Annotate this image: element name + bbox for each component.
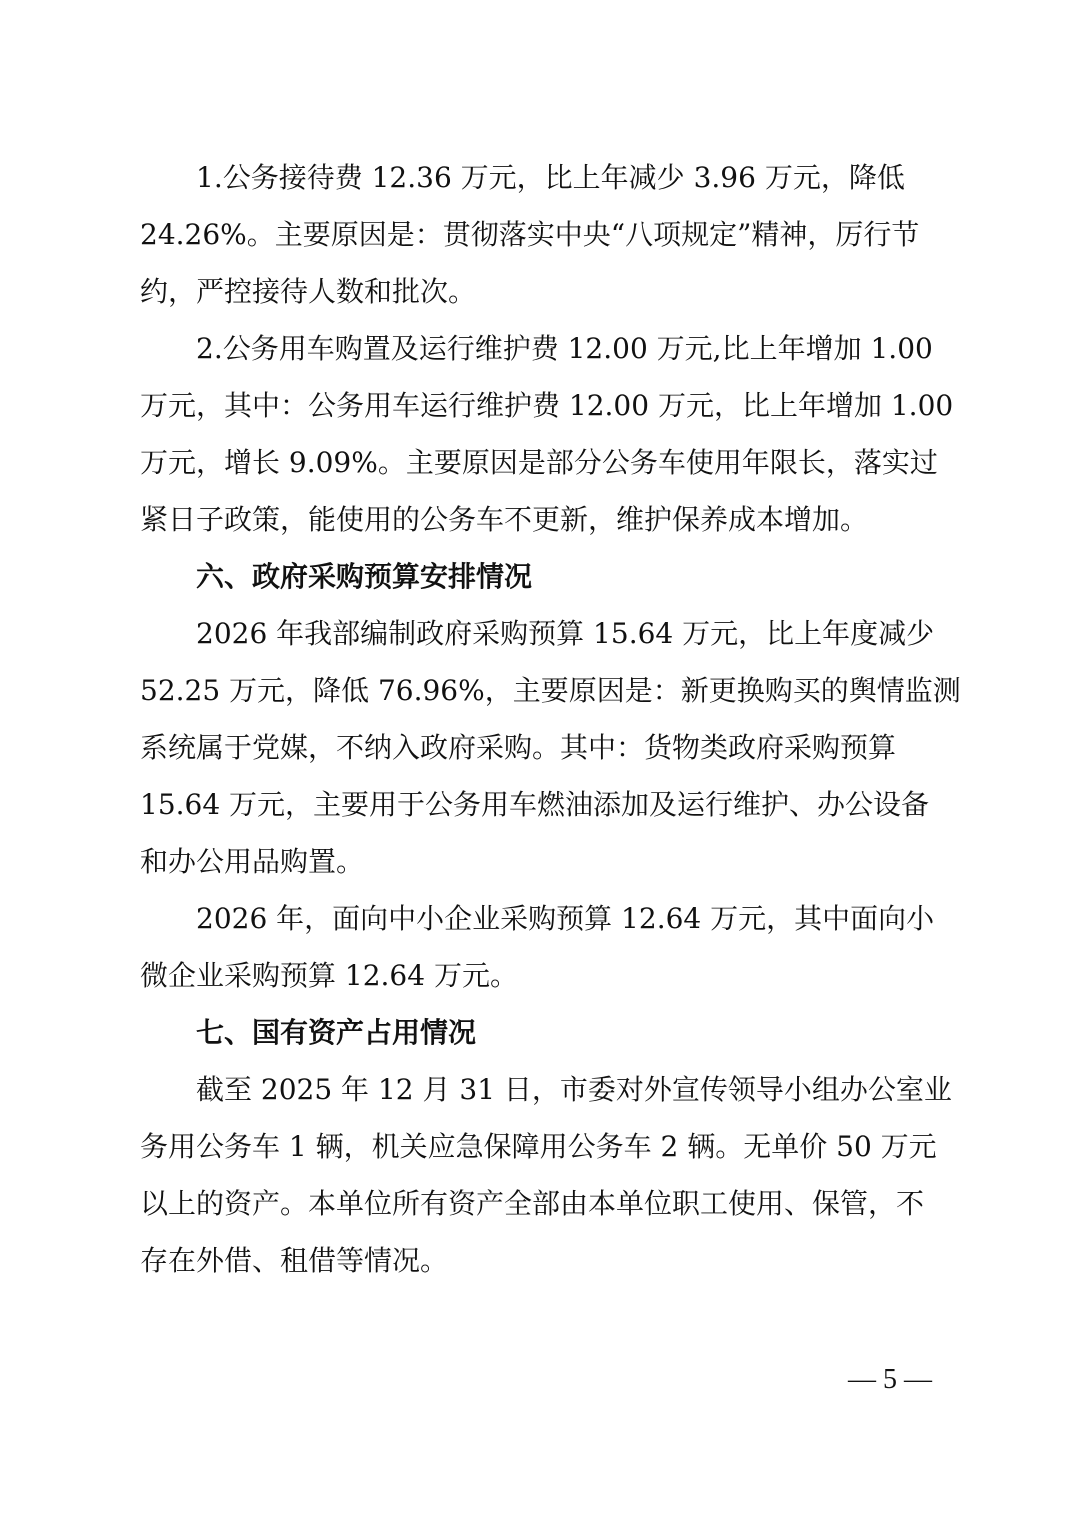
text-line: 系统属于党媒，不纳入政府采购。其中：货物类政府采购预算 <box>140 728 896 768</box>
text-line: 截至 2025 年 12 月 31 日，市委对外宣传领导小组办公室业 <box>196 1070 952 1110</box>
text-line: 紧日子政策，能使用的公务车不更新，维护保养成本增加。 <box>140 500 868 540</box>
text-line: 万元，其中：公务用车运行维护费 12.00 万元，比上年增加 1.00 <box>140 386 953 426</box>
text-line: 以上的资产。本单位所有资产全部由本单位职工使用、保管，不 <box>140 1184 924 1224</box>
text-line: 24.26%。主要原因是：贯彻落实中央“八项规定”精神，厉行节 <box>140 215 919 255</box>
text-line: 和办公用品购置。 <box>140 842 364 882</box>
section-heading-procurement: 六、政府采购预算安排情况 <box>196 557 532 597</box>
text-line: 微企业采购预算 12.64 万元。 <box>140 956 518 996</box>
text-line: 52.25 万元，降低 76.96%，主要原因是：新更换购买的舆情监测 <box>140 671 961 711</box>
page-number: — 5 — <box>848 1362 932 1398</box>
text-line: 万元，增长 9.09%。主要原因是部分公务车使用年限长，落实过 <box>140 443 938 483</box>
text-line: 2026 年我部编制政府采购预算 15.64 万元，比上年度减少 <box>196 614 934 654</box>
text-line: 2.公务用车购置及运行维护费 12.00 万元,比上年增加 1.00 <box>196 329 933 369</box>
text-line: 1.公务接待费 12.36 万元，比上年减少 3.96 万元，降低 <box>196 158 905 198</box>
text-line: 务用公务车 1 辆，机关应急保障用公务车 2 辆。无单价 50 万元 <box>140 1127 937 1167</box>
text-line: 15.64 万元，主要用于公务用车燃油添加及运行维护、办公设备 <box>140 785 929 825</box>
text-line: 约，严控接待人数和批次。 <box>140 272 476 312</box>
section-heading-assets: 七、国有资产占用情况 <box>196 1013 476 1053</box>
text-line: 存在外借、租借等情况。 <box>140 1241 448 1281</box>
text-line: 2026 年，面向中小企业采购预算 12.64 万元，其中面向小 <box>196 899 934 939</box>
